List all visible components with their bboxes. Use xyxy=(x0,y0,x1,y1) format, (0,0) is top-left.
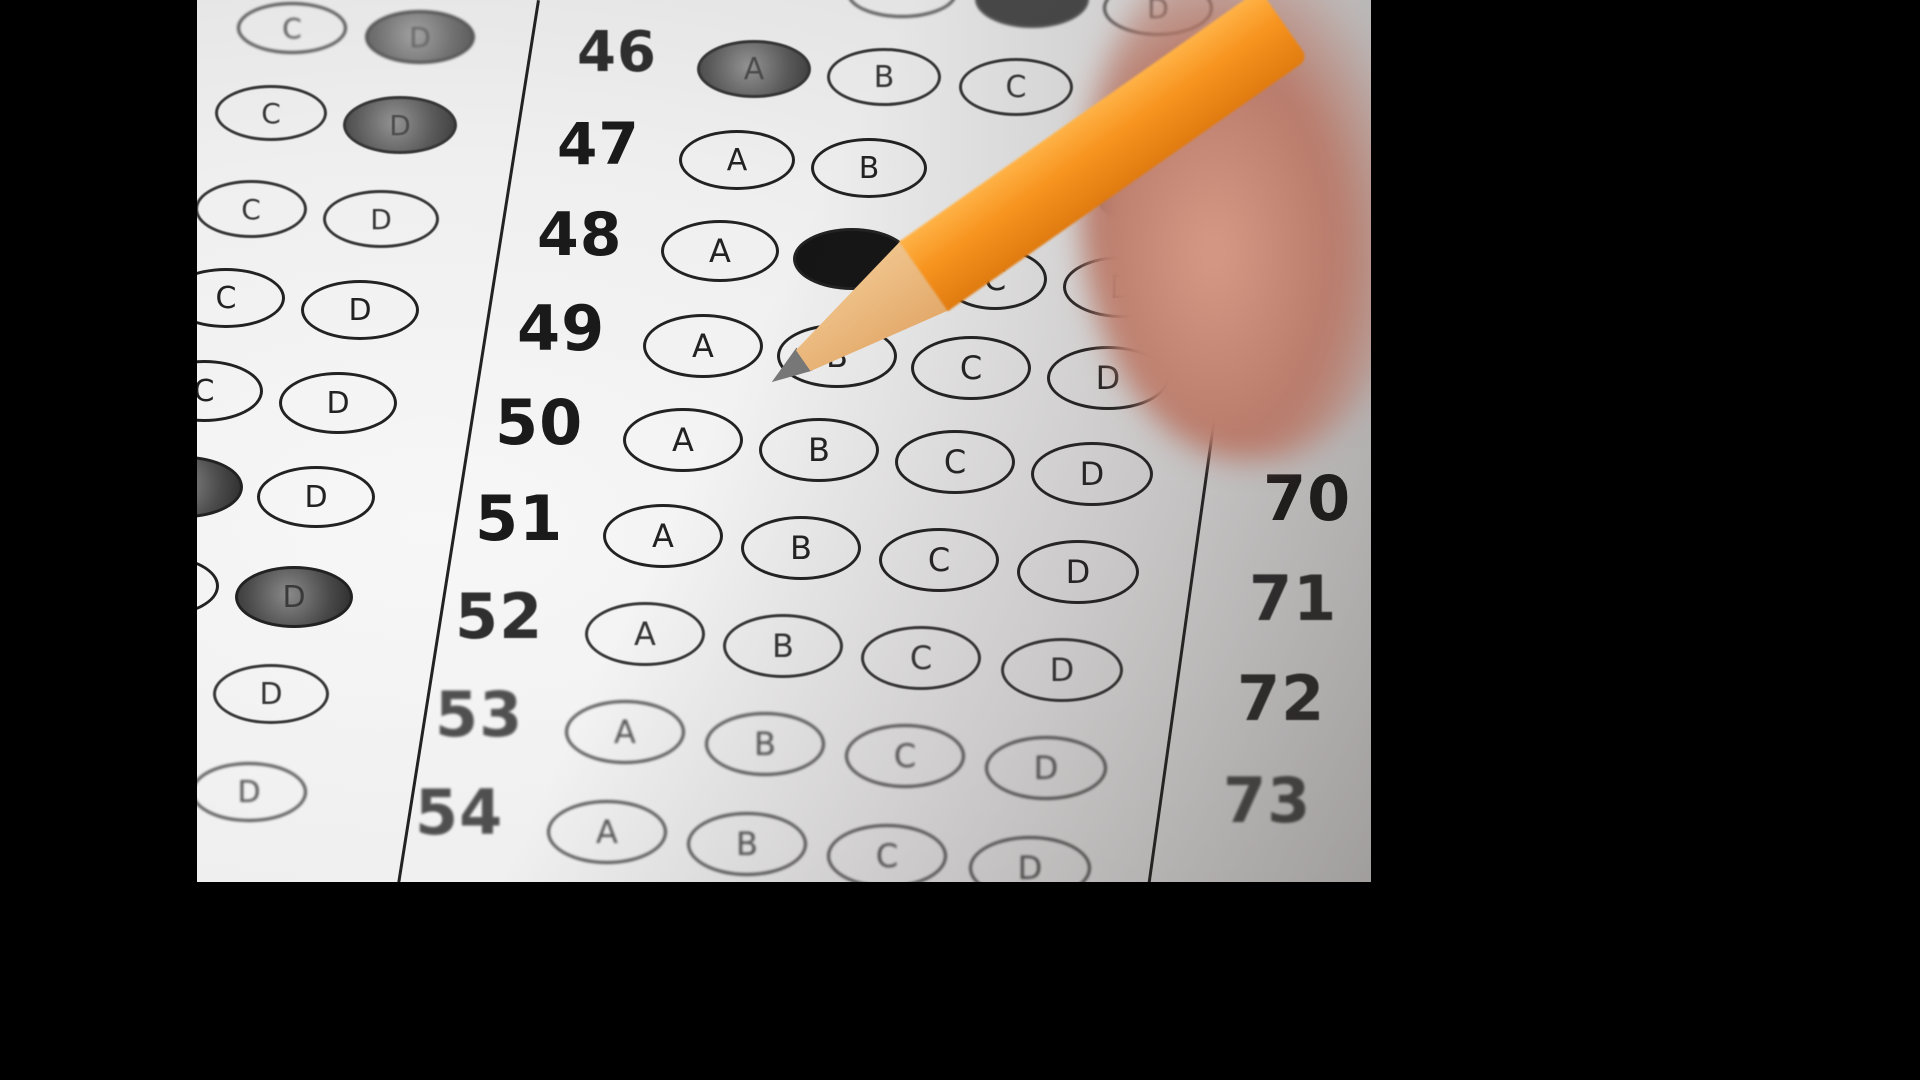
answer-sheet-photo: C D C D C D C D C D C D C D D D 46 A B C… xyxy=(197,0,1371,882)
bubble[interactable]: D xyxy=(969,836,1091,882)
bubble[interactable]: A xyxy=(585,602,705,666)
bubble[interactable]: A xyxy=(679,130,795,190)
bubble[interactable]: D xyxy=(1017,540,1139,604)
bubble[interactable]: C xyxy=(895,430,1015,494)
question-number: 47 xyxy=(557,110,640,178)
question-number: 49 xyxy=(517,292,605,365)
bubble[interactable] xyxy=(847,0,957,18)
bubble[interactable]: C xyxy=(197,360,263,422)
bubble[interactable]: B xyxy=(705,712,825,776)
bubble[interactable]: C xyxy=(215,85,327,141)
bubble[interactable]: C xyxy=(197,556,219,616)
bubble[interactable]: B xyxy=(827,48,941,106)
bubble[interactable]: C xyxy=(845,724,965,788)
bubble[interactable]: B xyxy=(723,614,843,678)
bubble[interactable]: D xyxy=(257,466,375,528)
bubble-filled[interactable] xyxy=(975,0,1089,28)
question-number: 51 xyxy=(475,482,563,555)
question-number: 53 xyxy=(435,678,523,751)
bubble[interactable]: C xyxy=(197,180,307,238)
question-number: 54 xyxy=(415,776,503,849)
bubble-filled[interactable]: D xyxy=(235,566,353,628)
bubble[interactable]: C xyxy=(827,824,947,882)
bubble[interactable]: B xyxy=(687,812,807,876)
bubble[interactable]: B xyxy=(811,138,927,198)
bubble[interactable]: A xyxy=(603,504,723,568)
bubble[interactable]: D xyxy=(1001,638,1123,702)
question-number: 48 xyxy=(537,200,623,270)
bubble-filled[interactable]: A xyxy=(697,40,811,98)
question-number: 52 xyxy=(455,580,543,653)
bubble[interactable]: A xyxy=(643,314,763,378)
question-number: 46 xyxy=(577,20,657,85)
question-number: 72 xyxy=(1237,662,1325,735)
question-number: 71 xyxy=(1249,562,1337,635)
bubble[interactable]: B xyxy=(759,418,879,482)
bubble[interactable]: C xyxy=(879,528,999,592)
bubble[interactable]: C xyxy=(911,336,1031,400)
question-number: 73 xyxy=(1223,764,1311,837)
bubble[interactable]: D xyxy=(985,736,1107,800)
bubble[interactable]: A xyxy=(547,800,667,864)
question-number: 50 xyxy=(495,386,583,459)
bubble[interactable]: D xyxy=(1031,442,1153,506)
bubble[interactable]: D xyxy=(213,664,329,724)
bubble[interactable]: A xyxy=(661,220,779,282)
bubble[interactable]: A xyxy=(623,408,743,472)
bubble[interactable]: D xyxy=(323,190,439,248)
bubble[interactable]: C xyxy=(861,626,981,690)
bubble[interactable]: D xyxy=(197,762,307,822)
bubble[interactable]: B xyxy=(741,516,861,580)
question-number: 70 xyxy=(1263,462,1351,535)
bubble[interactable]: C xyxy=(197,268,285,328)
bubble-filled[interactable]: D xyxy=(343,96,457,154)
bubble-filled[interactable]: C xyxy=(197,456,243,518)
bubble[interactable]: D xyxy=(301,280,419,340)
bubble[interactable]: C xyxy=(237,2,347,54)
bubble[interactable]: A xyxy=(565,700,685,764)
bubble[interactable]: C xyxy=(959,58,1073,116)
bubble[interactable]: D xyxy=(279,372,397,434)
bubble-filled[interactable]: D xyxy=(365,10,475,64)
